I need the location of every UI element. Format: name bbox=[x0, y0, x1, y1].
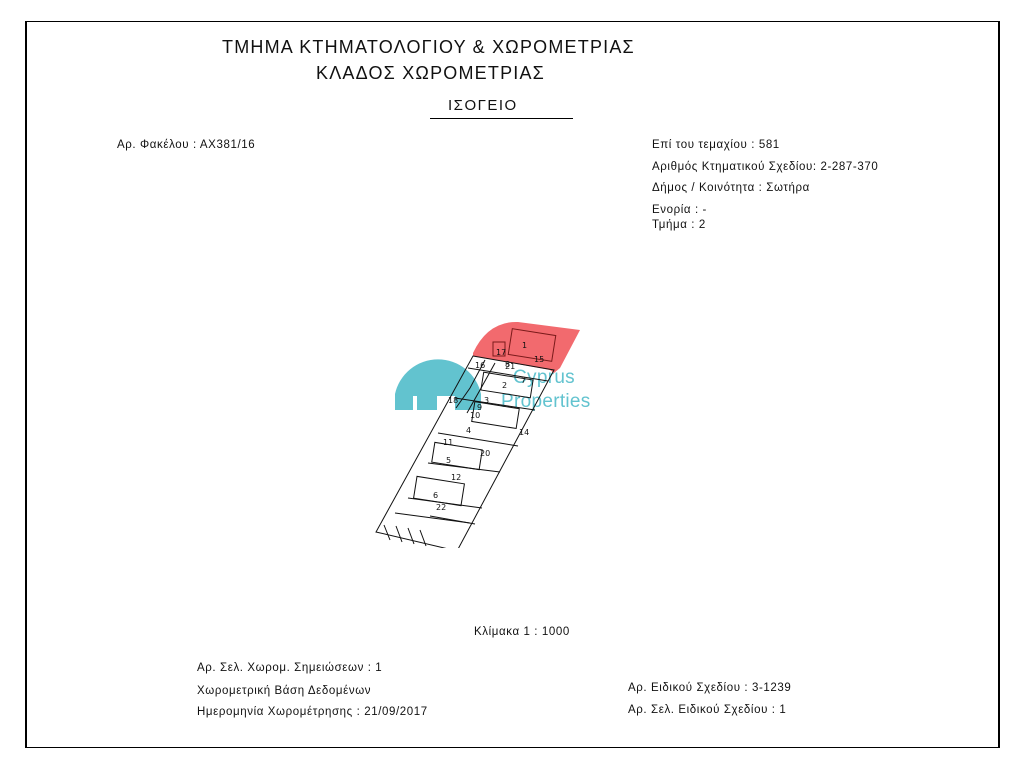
floor-title-underline bbox=[430, 118, 573, 119]
file-number: Αρ. Φακέλου : ΑΧ381/16 bbox=[117, 139, 255, 151]
special-plan-pages: Αρ. Σελ. Ειδικού Σχεδίου : 1 bbox=[628, 704, 786, 716]
svg-text:10: 10 bbox=[470, 411, 480, 420]
svg-text:7: 7 bbox=[521, 376, 526, 385]
svg-text:11: 11 bbox=[443, 438, 453, 447]
branch-title: ΚΛΑΔΟΣ ΧΩΡΟΜΕΤΡΙΑΣ bbox=[316, 63, 545, 84]
svg-text:2: 2 bbox=[502, 381, 507, 390]
svg-text:18: 18 bbox=[448, 396, 458, 405]
svg-text:15: 15 bbox=[534, 355, 544, 364]
svg-text:5: 5 bbox=[446, 456, 451, 465]
parcel-number: Επί του τεμαχίου : 581 bbox=[652, 139, 780, 151]
svg-text:3: 3 bbox=[484, 396, 489, 405]
svg-text:12: 12 bbox=[451, 473, 461, 482]
svg-text:1: 1 bbox=[522, 341, 527, 350]
scale-label: Κλίμακα 1 : 1000 bbox=[474, 626, 570, 638]
survey-date: Ημερομηνία Χωρομέτρησης : 21/09/2017 bbox=[197, 706, 428, 718]
department-title: ΤΜΗΜΑ ΚΤΗΜΑΤΟΛΟΓΙΟΥ & ΧΩΡΟΜΕΤΡΙΑΣ bbox=[222, 37, 635, 58]
svg-text:21: 21 bbox=[505, 362, 515, 371]
svg-text:16: 16 bbox=[475, 361, 485, 370]
svg-text:22: 22 bbox=[436, 503, 446, 512]
svg-text:20: 20 bbox=[480, 449, 490, 458]
svg-text:4: 4 bbox=[466, 426, 471, 435]
floor-plan-drawing: 1 2 3 4 5 6 7 8 9 10 11 12 14 15 16 17 1… bbox=[370, 318, 640, 548]
svg-text:14: 14 bbox=[519, 428, 529, 437]
floor-title: ΙΣΟΓΕΙΟ bbox=[448, 97, 518, 114]
municipality: Δήμος / Κοινότητα : Σωτήρα bbox=[652, 182, 810, 194]
survey-database: Χωρομετρική Βάση Δεδομένων bbox=[197, 685, 371, 697]
survey-notes-pages: Αρ. Σελ. Χωρομ. Σημειώσεων : 1 bbox=[197, 662, 382, 674]
svg-text:6: 6 bbox=[433, 491, 438, 500]
section: Τμήμα : 2 bbox=[652, 219, 706, 231]
special-plan-number: Αρ. Ειδικού Σχεδίου : 3-1239 bbox=[628, 682, 791, 694]
quarter: Ενορία : - bbox=[652, 204, 707, 216]
cadastral-plan-number: Αριθμός Κτηματικού Σχεδίου: 2-287-370 bbox=[652, 161, 878, 173]
svg-text:17: 17 bbox=[496, 348, 506, 357]
